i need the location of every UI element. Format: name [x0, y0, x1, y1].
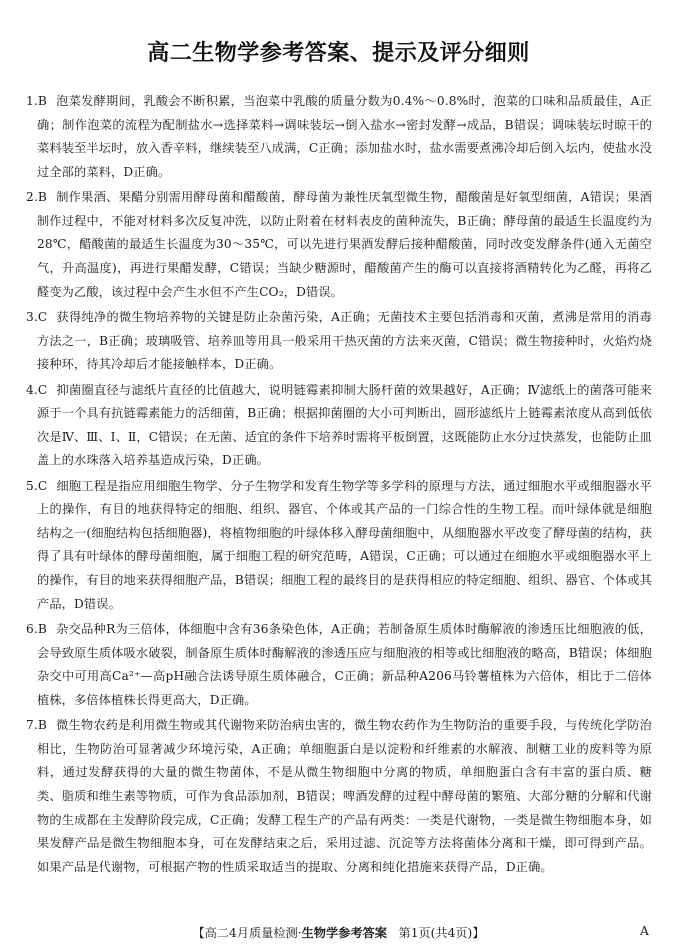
answer-explanation: 制作果酒、果醋分别需用酵母菌和醋酸菌，酵母菌为兼性厌氧型微生物，醋酸菌是好氧型细…: [37, 190, 652, 298]
document-title: 高二生物学参考答案、提示及评分细则: [0, 36, 677, 67]
paper-version: A: [640, 924, 649, 938]
answer-explanation: 泡菜发酵期间，乳酸会不断积累，当泡菜中乳酸的质量分数为0.4%～0.8%时，泡菜…: [37, 94, 652, 179]
answer-item-1: 1.B泡菜发酵期间，乳酸会不断积累，当泡菜中乳酸的质量分数为0.4%～0.8%时…: [26, 90, 652, 184]
answer-item-6: 6.B杂交品种R为三倍体，体细胞中含有36条染色体，A正确；若制备原生质体时酶解…: [26, 618, 652, 712]
answer-number: 6.B: [26, 622, 47, 636]
answer-explanation: 细胞工程是指应用细胞生物学、分子生物学和发育生物学等多学科的原理与方法，通过细胞…: [37, 479, 652, 611]
answer-item-3: 3.C获得纯净的微生物培养物的关键是防止杂菌污染，A正确；无菌技术主要包括消毒和…: [26, 306, 652, 377]
footer-exam-name: 高二4月质量检测·: [205, 926, 302, 940]
answer-explanation: 获得纯净的微生物培养物的关键是防止杂菌污染，A正确；无菌技术主要包括消毒和灭菌，…: [37, 310, 652, 371]
footer-open-bracket: 【: [192, 926, 204, 940]
answer-number: 7.B: [26, 718, 47, 732]
answer-item-5: 5.C细胞工程是指应用细胞生物学、分子生物学和发育生物学等多学科的原理与方法，通…: [26, 475, 652, 617]
answer-number: 3.C: [26, 310, 47, 324]
answer-item-4: 4.C抑菌圈直径与滤纸片直径的比值越大，说明链霉素抑制大肠杆菌的效果越好，A正确…: [26, 379, 652, 473]
page-footer: 【高二4月质量检测·生物学参考答案 第1页(共4页)】 A: [0, 924, 677, 944]
answer-number: 4.C: [26, 383, 47, 397]
footer-caption: 【高二4月质量检测·生物学参考答案 第1页(共4页)】: [0, 924, 677, 941]
footer-subject: 生物学参考答案: [302, 926, 387, 940]
answer-explanation: 微生物农药是利用微生物或其代谢物来防治病虫害的，微生物农药作为生物防治的重要手段…: [37, 718, 652, 874]
answer-number: 2.B: [26, 190, 47, 204]
answer-list: 1.B泡菜发酵期间，乳酸会不断积累，当泡菜中乳酸的质量分数为0.4%～0.8%时…: [26, 90, 652, 881]
answer-item-7: 7.B微生物农药是利用微生物或其代谢物来防治病虫害的，微生物农药作为生物防治的重…: [26, 714, 652, 879]
answer-number: 1.B: [26, 94, 47, 108]
answer-number: 5.C: [26, 479, 47, 493]
answer-explanation: 杂交品种R为三倍体，体细胞中含有36条染色体，A正确；若制备原生质体时酶解液的渗…: [37, 622, 652, 707]
page-number: 第1页(共4页): [399, 926, 473, 940]
footer-close-bracket: 】: [472, 926, 484, 940]
answer-explanation: 抑菌圈直径与滤纸片直径的比值越大，说明链霉素抑制大肠杆菌的效果越好，A正确；Ⅳ滤…: [37, 383, 652, 468]
answer-item-2: 2.B制作果酒、果醋分别需用酵母菌和醋酸菌，酵母菌为兼性厌氧型微生物，醋酸菌是好…: [26, 186, 652, 304]
